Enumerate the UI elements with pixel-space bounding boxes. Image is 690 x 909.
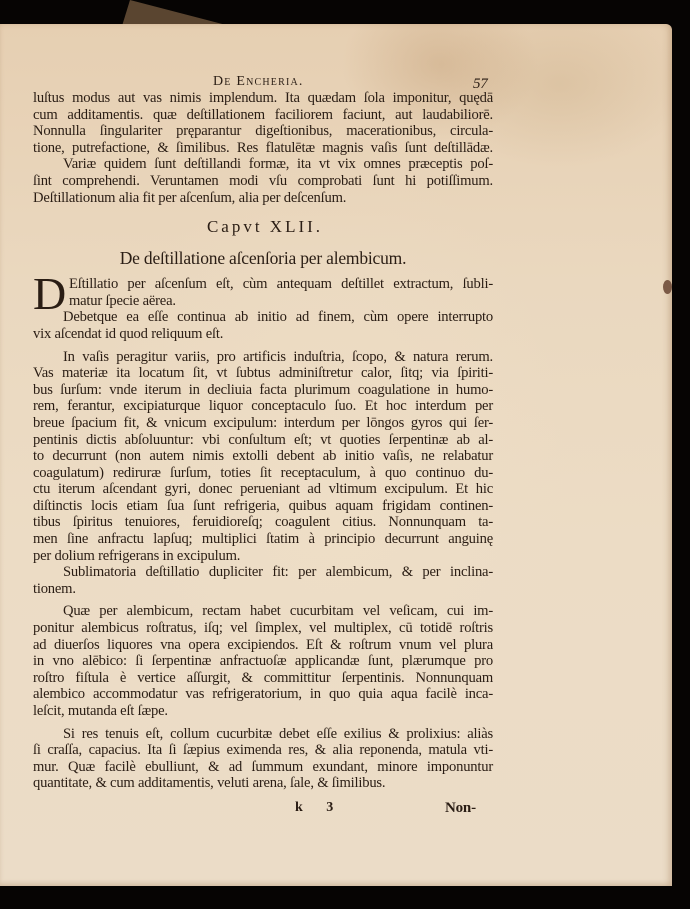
drop-cap: D (33, 272, 66, 316)
text-line: Nonnulla ſingulariter pręparantur digeſt… (33, 123, 493, 140)
text-line: per dolium refrigerans in excipulum. (33, 548, 493, 565)
text-line: tione, putrefactione, & ſimilibus. Res f… (33, 140, 493, 157)
text-block: De Encheria. 57 luſtus modus aut vas nim… (33, 68, 493, 818)
text-line: in vno alēbico: ſi ſerpentinæ anfractuoſ… (33, 653, 493, 670)
chapter-heading: Capvt XLII. (33, 216, 493, 238)
paragraph: Si res tenuis eſt, collum cucurbitæ debe… (33, 726, 493, 792)
text-line: ſi craſſa, capacius. Ita ſi ſæpius exime… (33, 742, 493, 759)
catchword: Non- (445, 800, 476, 817)
text-line: luſtus modus aut vas nimis implendum. It… (33, 90, 493, 107)
paragraph: Sublimatoria deſtillatio dupliciter fit:… (33, 564, 493, 597)
text-line: Variæ quidem ſunt deſtillandi formæ, ita… (33, 156, 493, 173)
text-line: ad diuerſos liquores vna opera excipiend… (33, 637, 493, 654)
chapter-subtitle: De deſtillatione aſcenſoria per alembicu… (33, 246, 493, 270)
text-line: leſcit, mutanda eſt ſæpe. (33, 703, 493, 720)
text-line: vix aſcendat id quod reliquum eſt. (33, 326, 493, 343)
running-title: De Encheria. (213, 74, 304, 91)
running-head: De Encheria. 57 (33, 68, 493, 90)
text-line: tibus ſpiritus tenuiores, feruidioreſq; … (33, 514, 493, 531)
text-line: Debetque ea eſſe continua ab initio ad f… (33, 309, 493, 326)
paragraph: Debetque ea eſſe continua ab initio ad f… (33, 309, 493, 342)
text-line: Si res tenuis eſt, collum cucurbitæ debe… (33, 726, 493, 743)
ink-stain (663, 280, 672, 294)
text-line: tionem. (33, 581, 493, 598)
page-footer: k 3 Non- (33, 796, 493, 818)
paragraph: Quæ per alembicum, rectam habet cucurbit… (33, 603, 493, 719)
text-line: matur ſpecie aërea. (69, 293, 493, 310)
intro-paragraph-1: luſtus modus aut vas nimis implendum. It… (33, 90, 493, 156)
text-line: ponitur alembicus roſtratus, iſq; vel ſi… (33, 620, 493, 637)
scan-scene: De Encheria. 57 luſtus modus aut vas nim… (0, 0, 690, 909)
text-line: In vaſis peragitur variis, pro artificis… (33, 349, 493, 366)
underlying-page-corner (122, 0, 230, 26)
text-line: to decurrunt (non autem nimis extolli de… (33, 448, 493, 465)
text-line: quantitate, & cum additamentis, veluti a… (33, 775, 493, 792)
signature-mark: k 3 (295, 800, 343, 817)
text-line: ſint comprehendi. Veruntamen modi vſu co… (33, 173, 493, 190)
text-line: Deſtillationum alia fit per aſcenſum, al… (33, 190, 493, 207)
text-line: ctu iterum aſcendant gyri, donec perueni… (33, 481, 493, 498)
page-number: 57 (473, 76, 488, 93)
text-line: Vas materiæ ita locatum ſit, vt ſubtus a… (33, 365, 493, 382)
text-line: Quæ per alembicum, rectam habet cucurbit… (33, 603, 493, 620)
text-line: alembico accommodatur vas refrigeratoriu… (33, 686, 493, 703)
text-line: coagulatum) rediruræ ſurſum, toties ſit … (33, 465, 493, 482)
text-line: rem, ferantur, excipiaturque liquor conc… (33, 398, 493, 415)
text-line: cum additamentis. quæ deſtillationem fac… (33, 107, 493, 124)
text-line: pentinis dictis abſoluuntur: vbi conſult… (33, 432, 493, 449)
text-line: Eſtillatio per aſcenſum eſt, cùm antequa… (69, 276, 493, 293)
text-line: men ſine anfractu lapſuq; multiplici ſta… (33, 531, 493, 548)
text-line: Sublimatoria deſtillatio dupliciter fit:… (33, 564, 493, 581)
paragraph: In vaſis peragitur variis, pro artificis… (33, 349, 493, 565)
text-line: roſtro fiſtula è vertice aſſurgit, & com… (33, 670, 493, 687)
opening-paragraph: D Eſtillatio per aſcenſum eſt, cùm anteq… (33, 276, 493, 309)
text-line: mur. Quæ facilè ebulliunt, & ad ſummum e… (33, 759, 493, 776)
intro-paragraph-2: Variæ quidem ſunt deſtillandi formæ, ita… (33, 156, 493, 206)
text-line: bus ſurſum: vnde iterum in decliuia fact… (33, 382, 493, 399)
book-page: De Encheria. 57 luſtus modus aut vas nim… (0, 24, 672, 886)
text-line: breue ſpacium fit, & vnicum excipulum: i… (33, 415, 493, 432)
text-line: diſtinctis locis etiam ſua ſunt refriger… (33, 498, 493, 515)
